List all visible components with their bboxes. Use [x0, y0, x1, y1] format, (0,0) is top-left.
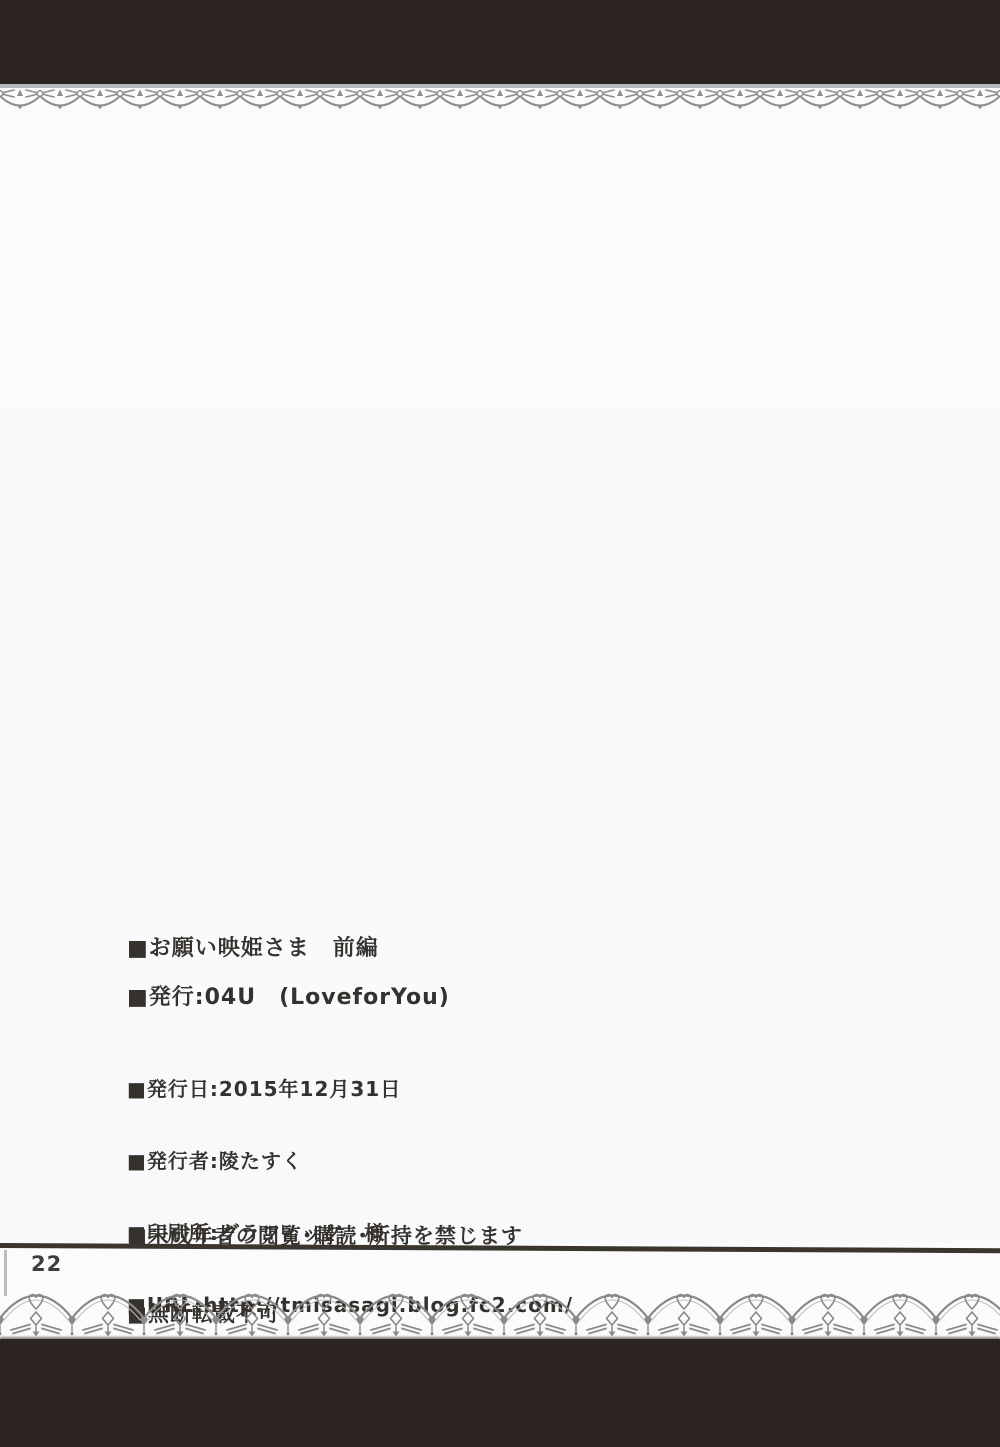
publish-date-line: ■発行日:2015年12月31日	[127, 1077, 573, 1101]
publisher-line: ■発行:04U (LoveforYou)	[127, 980, 450, 1011]
page-number: 22	[31, 1252, 62, 1276]
bottom-lace-border-ornament	[0, 1287, 1000, 1339]
top-lace-border-ornament	[0, 88, 1000, 116]
top-border-band	[0, 0, 1000, 84]
doujin-title: ■お願い映姫さま 前編	[127, 931, 379, 962]
scanned-page: ■お願い映姫さま 前編 ■発行:04U (LoveforYou) ■発行日:20…	[0, 0, 1000, 1447]
author-line: ■発行者:陵たすく	[127, 1149, 573, 1173]
bottom-border-band	[0, 1339, 1000, 1447]
